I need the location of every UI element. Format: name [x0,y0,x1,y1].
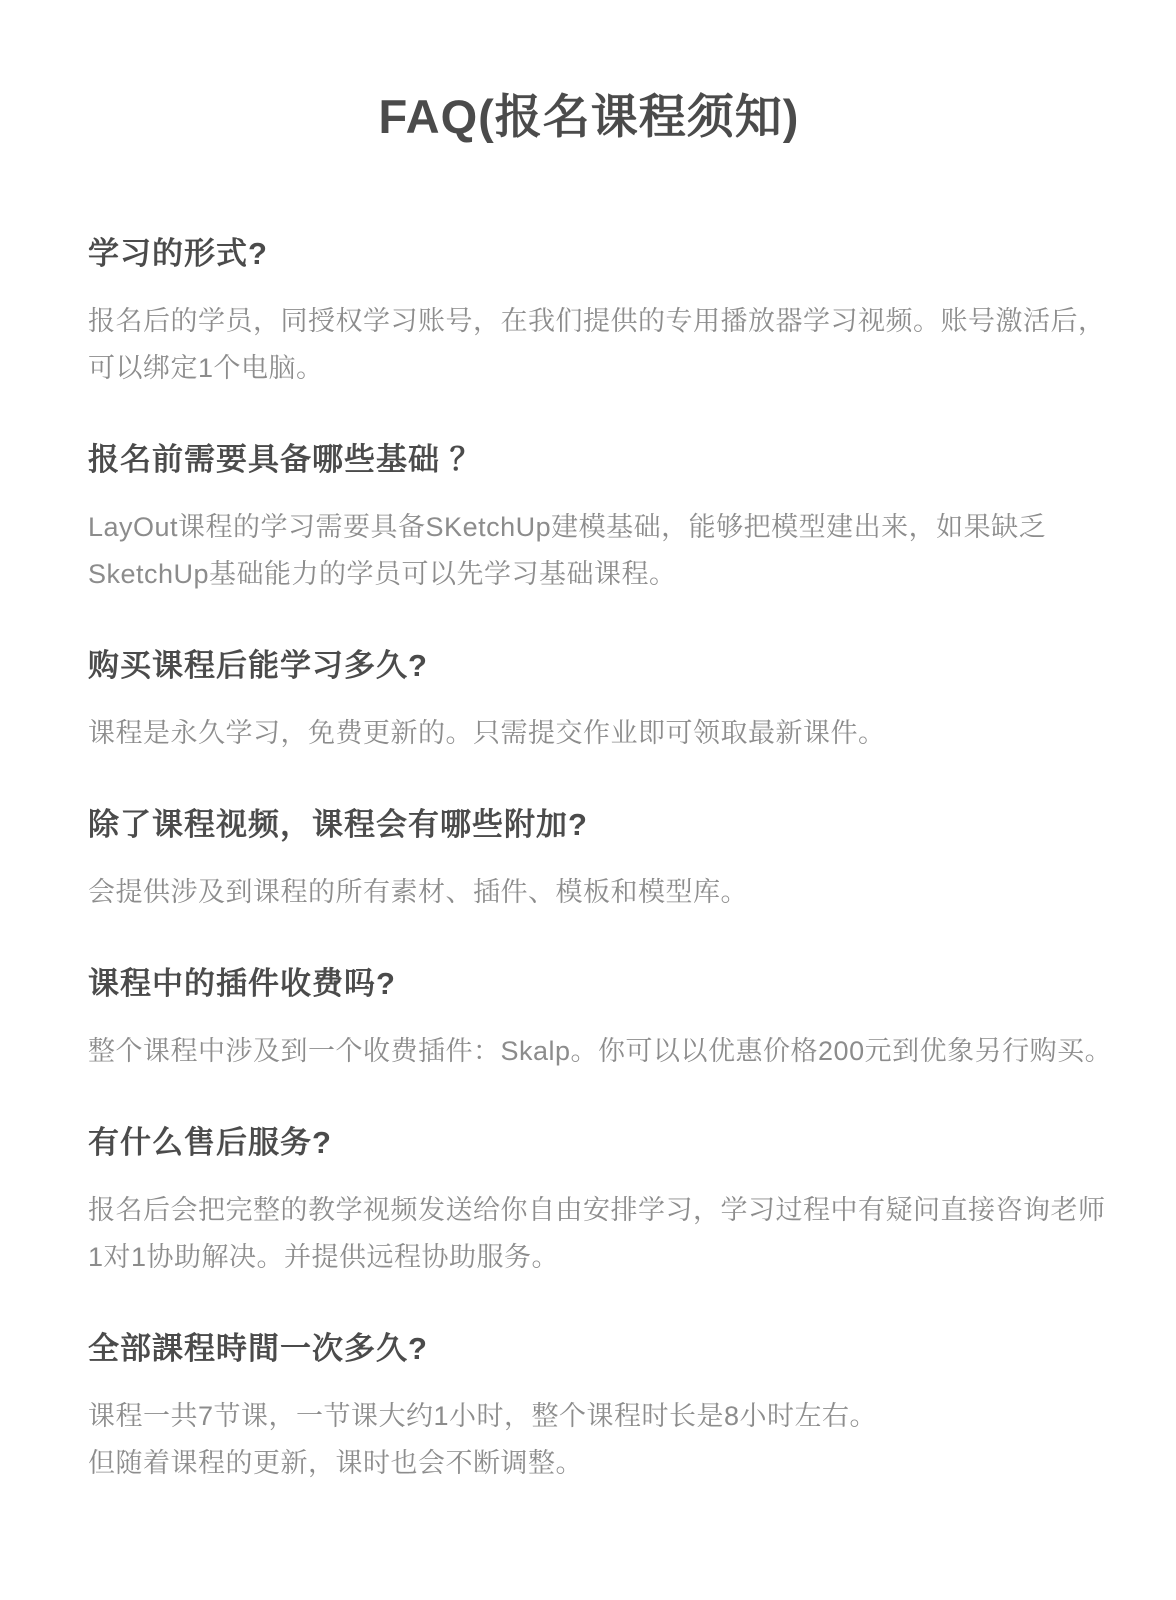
question-heading: 有什么售后服务? [88,1121,1090,1165]
answer-line: 整个课程中涉及到一个收费插件：Skalp。你可以以优惠价格200元到优象另行购买… [88,1028,1090,1075]
question-heading: 报名前需要具备哪些基础 ？ [88,438,1090,482]
answer-text: 课程一共7节课，一节课大约1小时，整个课程时长是8小时左右。 但随着课程的更新，… [88,1393,1090,1487]
answer-text: 会提供涉及到课程的所有素材、插件、模板和模型库。 [88,869,1090,916]
faq-page: FAQ(报名课程须知) 学习的形式? 报名后的学员，同授权学习账号，在我们提供的… [0,0,1176,1600]
answer-text: 报名后会把完整的教学视频发送给你自由安排学习，学习过程中有疑问直接咨询老师 1对… [88,1187,1090,1281]
question-heading: 课程中的插件收费吗? [88,962,1090,1006]
faq-section: 全部課程時間一次多久? 课程一共7节课，一节课大约1小时，整个课程时长是8小时左… [88,1327,1090,1487]
answer-line: 报名后会把完整的教学视频发送给你自由安排学习，学习过程中有疑问直接咨询老师 [88,1187,1090,1234]
answer-text: 整个课程中涉及到一个收费插件：Skalp。你可以以优惠价格200元到优象另行购买… [88,1028,1090,1075]
answer-line: 课程一共7节课，一节课大约1小时，整个课程时长是8小时左右。 [88,1393,1090,1440]
answer-line: 可以绑定1个电脑。 [88,345,1090,392]
answer-line: 但随着课程的更新，课时也会不断调整。 [88,1440,1090,1487]
faq-section: 有什么售后服务? 报名后会把完整的教学视频发送给你自由安排学习，学习过程中有疑问… [88,1121,1090,1281]
faq-section: 报名前需要具备哪些基础 ？ LayOut课程的学习需要具备SKetchUp建模基… [88,438,1090,598]
answer-text: 课程是永久学习，免费更新的。只需提交作业即可领取最新课件。 [88,710,1090,757]
faq-section: 课程中的插件收费吗? 整个课程中涉及到一个收费插件：Skalp。你可以以优惠价格… [88,962,1090,1075]
faq-section: 学习的形式? 报名后的学员，同授权学习账号，在我们提供的专用播放器学习视频。账号… [88,232,1090,392]
question-heading: 全部課程時間一次多久? [88,1327,1090,1371]
answer-line: 课程是永久学习，免费更新的。只需提交作业即可领取最新课件。 [88,710,1090,757]
answer-text: LayOut课程的学习需要具备SKetchUp建模基础，能够把模型建出来，如果缺… [88,504,1090,598]
faq-section: 购买课程后能学习多久? 课程是永久学习，免费更新的。只需提交作业即可领取最新课件… [88,644,1090,757]
page-title: FAQ(报名课程须知) [88,86,1090,148]
answer-line: 1对1协助解决。并提供远程协助服务。 [88,1234,1090,1281]
question-heading: 除了课程视频，课程会有哪些附加? [88,803,1090,847]
faq-section: 除了课程视频，课程会有哪些附加? 会提供涉及到课程的所有素材、插件、模板和模型库… [88,803,1090,916]
answer-line: 报名后的学员，同授权学习账号，在我们提供的专用播放器学习视频。账号激活后， [88,298,1090,345]
question-heading: 学习的形式? [88,232,1090,276]
answer-line: LayOut课程的学习需要具备SKetchUp建模基础，能够把模型建出来，如果缺… [88,504,1090,551]
answer-line: 会提供涉及到课程的所有素材、插件、模板和模型库。 [88,869,1090,916]
question-heading: 购买课程后能学习多久? [88,644,1090,688]
answer-line: SketchUp基础能力的学员可以先学习基础课程。 [88,551,1090,598]
answer-text: 报名后的学员，同授权学习账号，在我们提供的专用播放器学习视频。账号激活后， 可以… [88,298,1090,392]
